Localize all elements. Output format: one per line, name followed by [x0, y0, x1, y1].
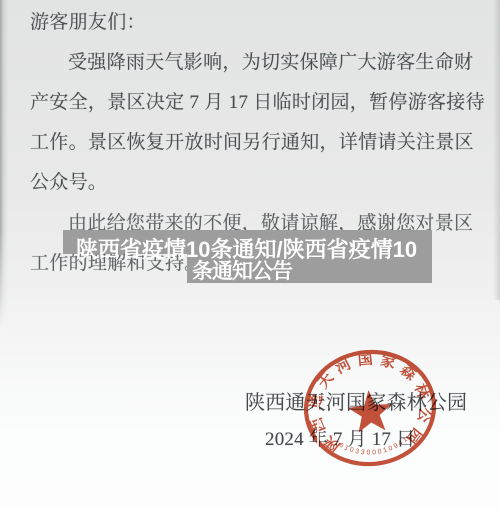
document-line: 产安全，景区决定 7 月 17 日临时闭园，暂停游客接待	[30, 92, 485, 114]
caption-title-line2: 条通知公告	[192, 255, 292, 285]
document-line: 受强降雨天气影响，为切实保障广大游客生命财	[68, 52, 473, 74]
scan-edge-left	[0, 0, 8, 330]
document-line: 工作。景区恢复开放时间另行通知，详情请关注景区	[30, 132, 474, 154]
scan-edge-right	[493, 0, 500, 300]
scanned-notice-page: { "document": { "lines": [ "游客朋友们：", "受强…	[0, 0, 500, 508]
official-seal: 陕西通天河国家森林公园 6103300010941	[300, 346, 440, 470]
document-salutation: 游客朋友们：	[30, 12, 146, 34]
scan-fold-line	[317, 392, 319, 508]
star-icon	[347, 388, 394, 433]
document-line: 公众号。	[30, 172, 107, 194]
